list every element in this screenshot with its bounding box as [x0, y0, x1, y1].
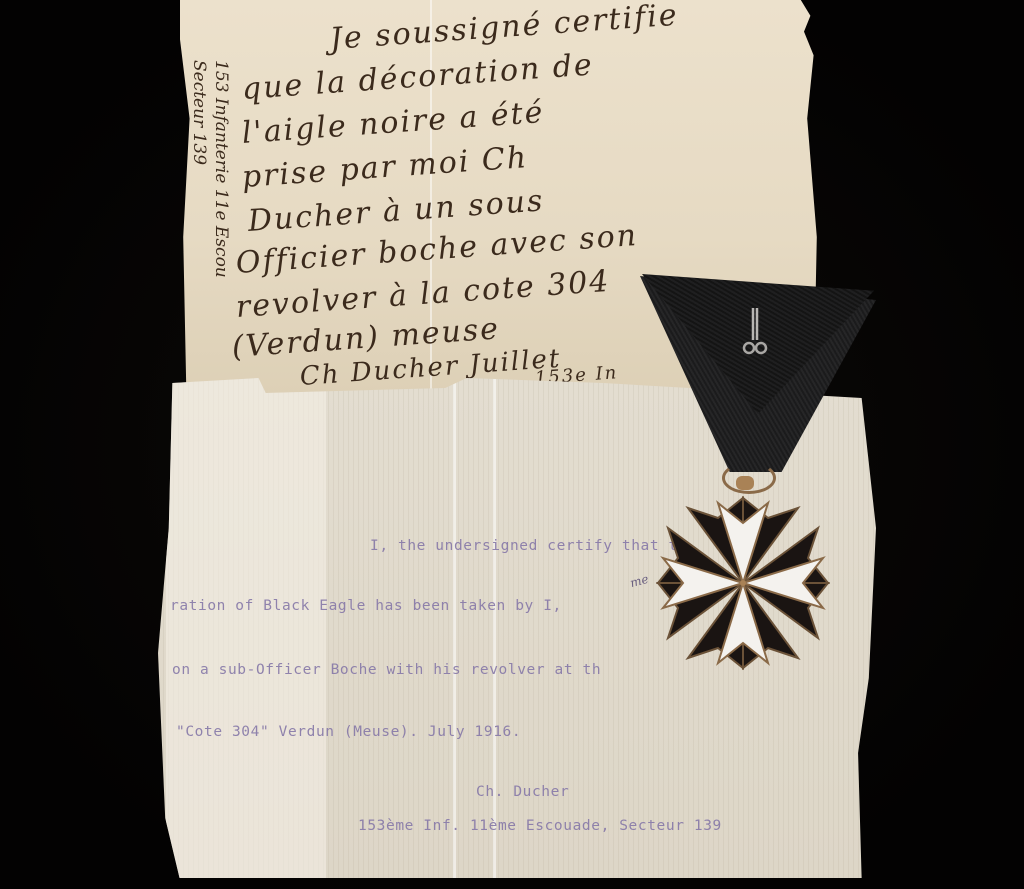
handwritten-annotation: me: [629, 572, 650, 590]
typed-signature: Ch. Ducher: [476, 784, 569, 800]
typed-line: ration of Black Eagle has been taken by …: [170, 598, 562, 614]
margin-note: 153 Infanterie 11e Escou Secteur 139: [188, 60, 232, 278]
typed-unit: 153ème Inf. 11ème Escouade, Secteur 139: [358, 818, 722, 834]
typed-line: I, the undersigned certify that t: [370, 538, 678, 554]
typed-line: on a sub-Officer Boche with his revolver…: [172, 662, 601, 678]
paper-crease: [493, 378, 496, 878]
margin-note-line: 153 Infanterie 11e Escou: [211, 60, 231, 278]
handwritten-line: Je soussigné certifie: [329, 0, 680, 57]
paper-crease: [453, 378, 456, 878]
folded-flap: [166, 378, 326, 878]
margin-note-line: Secteur 139: [189, 60, 209, 165]
black-eagle-cross-icon: [648, 488, 838, 678]
typed-line: "Cote 304" Verdun (Meuse). July 1916.: [176, 724, 521, 740]
ribbon-pin-icon: [742, 306, 768, 362]
